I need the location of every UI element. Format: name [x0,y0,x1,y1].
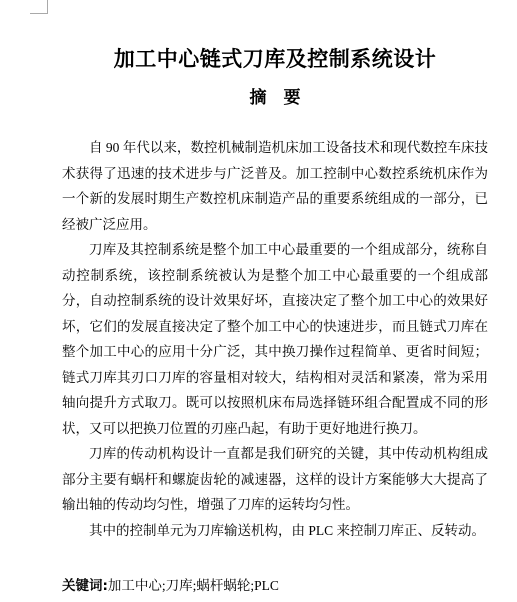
abstract-heading: 摘 要 [62,88,488,108]
abstract-paragraph-2: 刀库及其控制系统是整个加工中心最重要的一个组成部分，统称自动控制系统，该控制系统… [62,237,488,441]
abstract-paragraph-3: 刀库的传动机构设计一直都是我们研究的关键，其中传动机构组成部分主要有蜗杆和螺旋齿… [62,441,488,518]
document-title: 加工中心链式刀库及控制系统设计 [62,46,488,72]
document-page: 加工中心链式刀库及控制系统设计 摘 要 自 90 年代以来，数控机械制造机床加工… [0,0,517,602]
text-boundary-corner-mark [30,0,48,14]
abstract-paragraph-1: 自 90 年代以来，数控机械制造机床加工设备技术和现代数控车床技术获得了迅速的技… [62,135,488,237]
page-content: 加工中心链式刀库及控制系统设计 摘 要 自 90 年代以来，数控机械制造机床加工… [62,44,488,600]
abstract-body: 自 90 年代以来，数控机械制造机床加工设备技术和现代数控车床技术获得了迅速的技… [62,135,488,543]
abstract-paragraph-4: 其中的控制单元为刀库输送机构，由 PLC 来控制刀库正、反转动。 [62,518,488,544]
keywords-label: 关键词: [62,578,108,594]
keywords-line: 关键词:加工中心;刀库;蜗杆蜗轮;PLC [62,573,488,600]
keywords-text: 加工中心;刀库;蜗杆蜗轮;PLC [108,578,279,593]
